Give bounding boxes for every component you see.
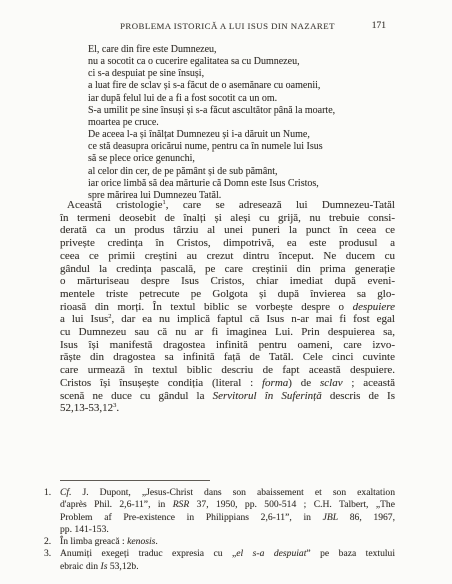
body-line: Cristos își însușește condiția (literal … bbox=[60, 377, 395, 390]
body-line: Isus își manifestă dragostea infinită pe… bbox=[60, 339, 395, 352]
body-line: 52,13-53,123. bbox=[60, 402, 395, 415]
page-number: 171 bbox=[372, 21, 386, 31]
body-line: derată ca un produs târziu al unei puner… bbox=[60, 224, 395, 237]
footnote-number: 2. bbox=[44, 536, 60, 548]
running-head: PROBLEMA ISTORICĂ A LUI ISUS DIN NAZARET… bbox=[60, 21, 395, 34]
body-line: care urmează în textul biblic descriu de… bbox=[60, 364, 395, 377]
body-line: ceea ce primii creștini au crezut dintru… bbox=[60, 250, 395, 263]
body-line: scenă ne duce cu gândul la Servitorul în… bbox=[60, 390, 395, 403]
footnote-line: Cf. J. Dupont, „Jesus-Christ dans son ab… bbox=[60, 487, 395, 499]
footnote-line: În limba greacă : kenosis. bbox=[60, 536, 395, 548]
footnote-line: ebraic din Is 53,12b. bbox=[60, 561, 395, 573]
hymn-line: S-a umilit pe sine însuși și s-a făcut a… bbox=[88, 105, 398, 117]
body-line: rioasă din morți. În textul biblic se vo… bbox=[60, 301, 395, 314]
book-page: PROBLEMA ISTORICĂ A LUI ISUS DIN NAZARET… bbox=[0, 0, 452, 584]
footnote-line: pp. 141-153. bbox=[60, 524, 395, 536]
hymn-line: moartea pe cruce. bbox=[88, 117, 398, 129]
footnote-text: Cf. J. Dupont, „Jesus-Christ dans son ab… bbox=[60, 487, 395, 536]
body-line: privește credința în Cristos, dimpotrivă… bbox=[60, 237, 395, 250]
hymn-line: al celor din cer, de pe pământ și de sub… bbox=[88, 166, 398, 178]
body-line: Această cristologie1, care se adresează … bbox=[60, 199, 395, 212]
body-line: cu Dumnezeu sau că nu ar fi imaginea Lui… bbox=[60, 326, 395, 339]
footnote-number: 3. bbox=[44, 548, 60, 573]
body-line: a lui Isus2, dar ea nu implică faptul că… bbox=[60, 313, 395, 326]
hymn-line: nu a socotit ca o cucerire egalitatea sa… bbox=[88, 56, 398, 68]
running-head-title: PROBLEMA ISTORICĂ A LUI ISUS DIN NAZARET bbox=[60, 21, 395, 31]
hymn-line: iar după felul lui de a fi a fost socoti… bbox=[88, 93, 398, 105]
footnote-text: Anumiți exegeți traduc expresia cu „el s… bbox=[60, 548, 395, 573]
footnote-line: Problem af Pre-existence in Philippians … bbox=[60, 512, 395, 524]
footnote-text: În limba greacă : kenosis. bbox=[60, 536, 395, 548]
footnote-number: 1. bbox=[44, 487, 60, 536]
footnotes-section: 1. Cf. J. Dupont, „Jesus-Christ dans son… bbox=[44, 487, 395, 573]
footnote-line: Anumiți exegeți traduc expresia cu „el s… bbox=[60, 548, 395, 560]
hymn-line: ce stă deasupra oricărui nume, pentru ca… bbox=[88, 141, 398, 153]
footnote-separator-rule bbox=[60, 480, 210, 481]
body-paragraph: Această cristologie1, care se adresează … bbox=[60, 199, 395, 415]
footnote-line: d'après Phil. 2,6-11”, in RSR 37, 1950, … bbox=[60, 499, 395, 511]
hymn-quote-block: El, care din fire este Dumnezeu,nu a soc… bbox=[88, 44, 398, 202]
hymn-line: El, care din fire este Dumnezeu, bbox=[88, 44, 398, 56]
footnote-2: 2. În limba greacă : kenosis. bbox=[44, 536, 395, 548]
hymn-line: să se plece orice genunchi, bbox=[88, 153, 398, 165]
body-line: răște din dragostea sa infinită față de … bbox=[60, 351, 395, 364]
hymn-line: De aceea l-a și înălțat Dumnezeu și i-a … bbox=[88, 129, 398, 141]
body-line: o mărturiseau despre Isus Cristos, chiar… bbox=[60, 275, 395, 288]
body-line: mentele triste petrecute pe Golgota și d… bbox=[60, 288, 395, 301]
body-line: gândul la credința pascală, pe care creș… bbox=[60, 263, 395, 276]
hymn-line: iar orice limbă să dea mărturie că Domn … bbox=[88, 178, 398, 190]
body-line: în termeni deosebit de înalți și aleși c… bbox=[60, 212, 395, 225]
hymn-line: a luat fire de sclav și s-a făcut de o a… bbox=[88, 80, 398, 92]
footnote-1: 1. Cf. J. Dupont, „Jesus-Christ dans son… bbox=[44, 487, 395, 536]
footnote-3: 3. Anumiți exegeți traduc expresia cu „e… bbox=[44, 548, 395, 573]
hymn-line: ci s-a despuiat pe sine însuși, bbox=[88, 68, 398, 80]
